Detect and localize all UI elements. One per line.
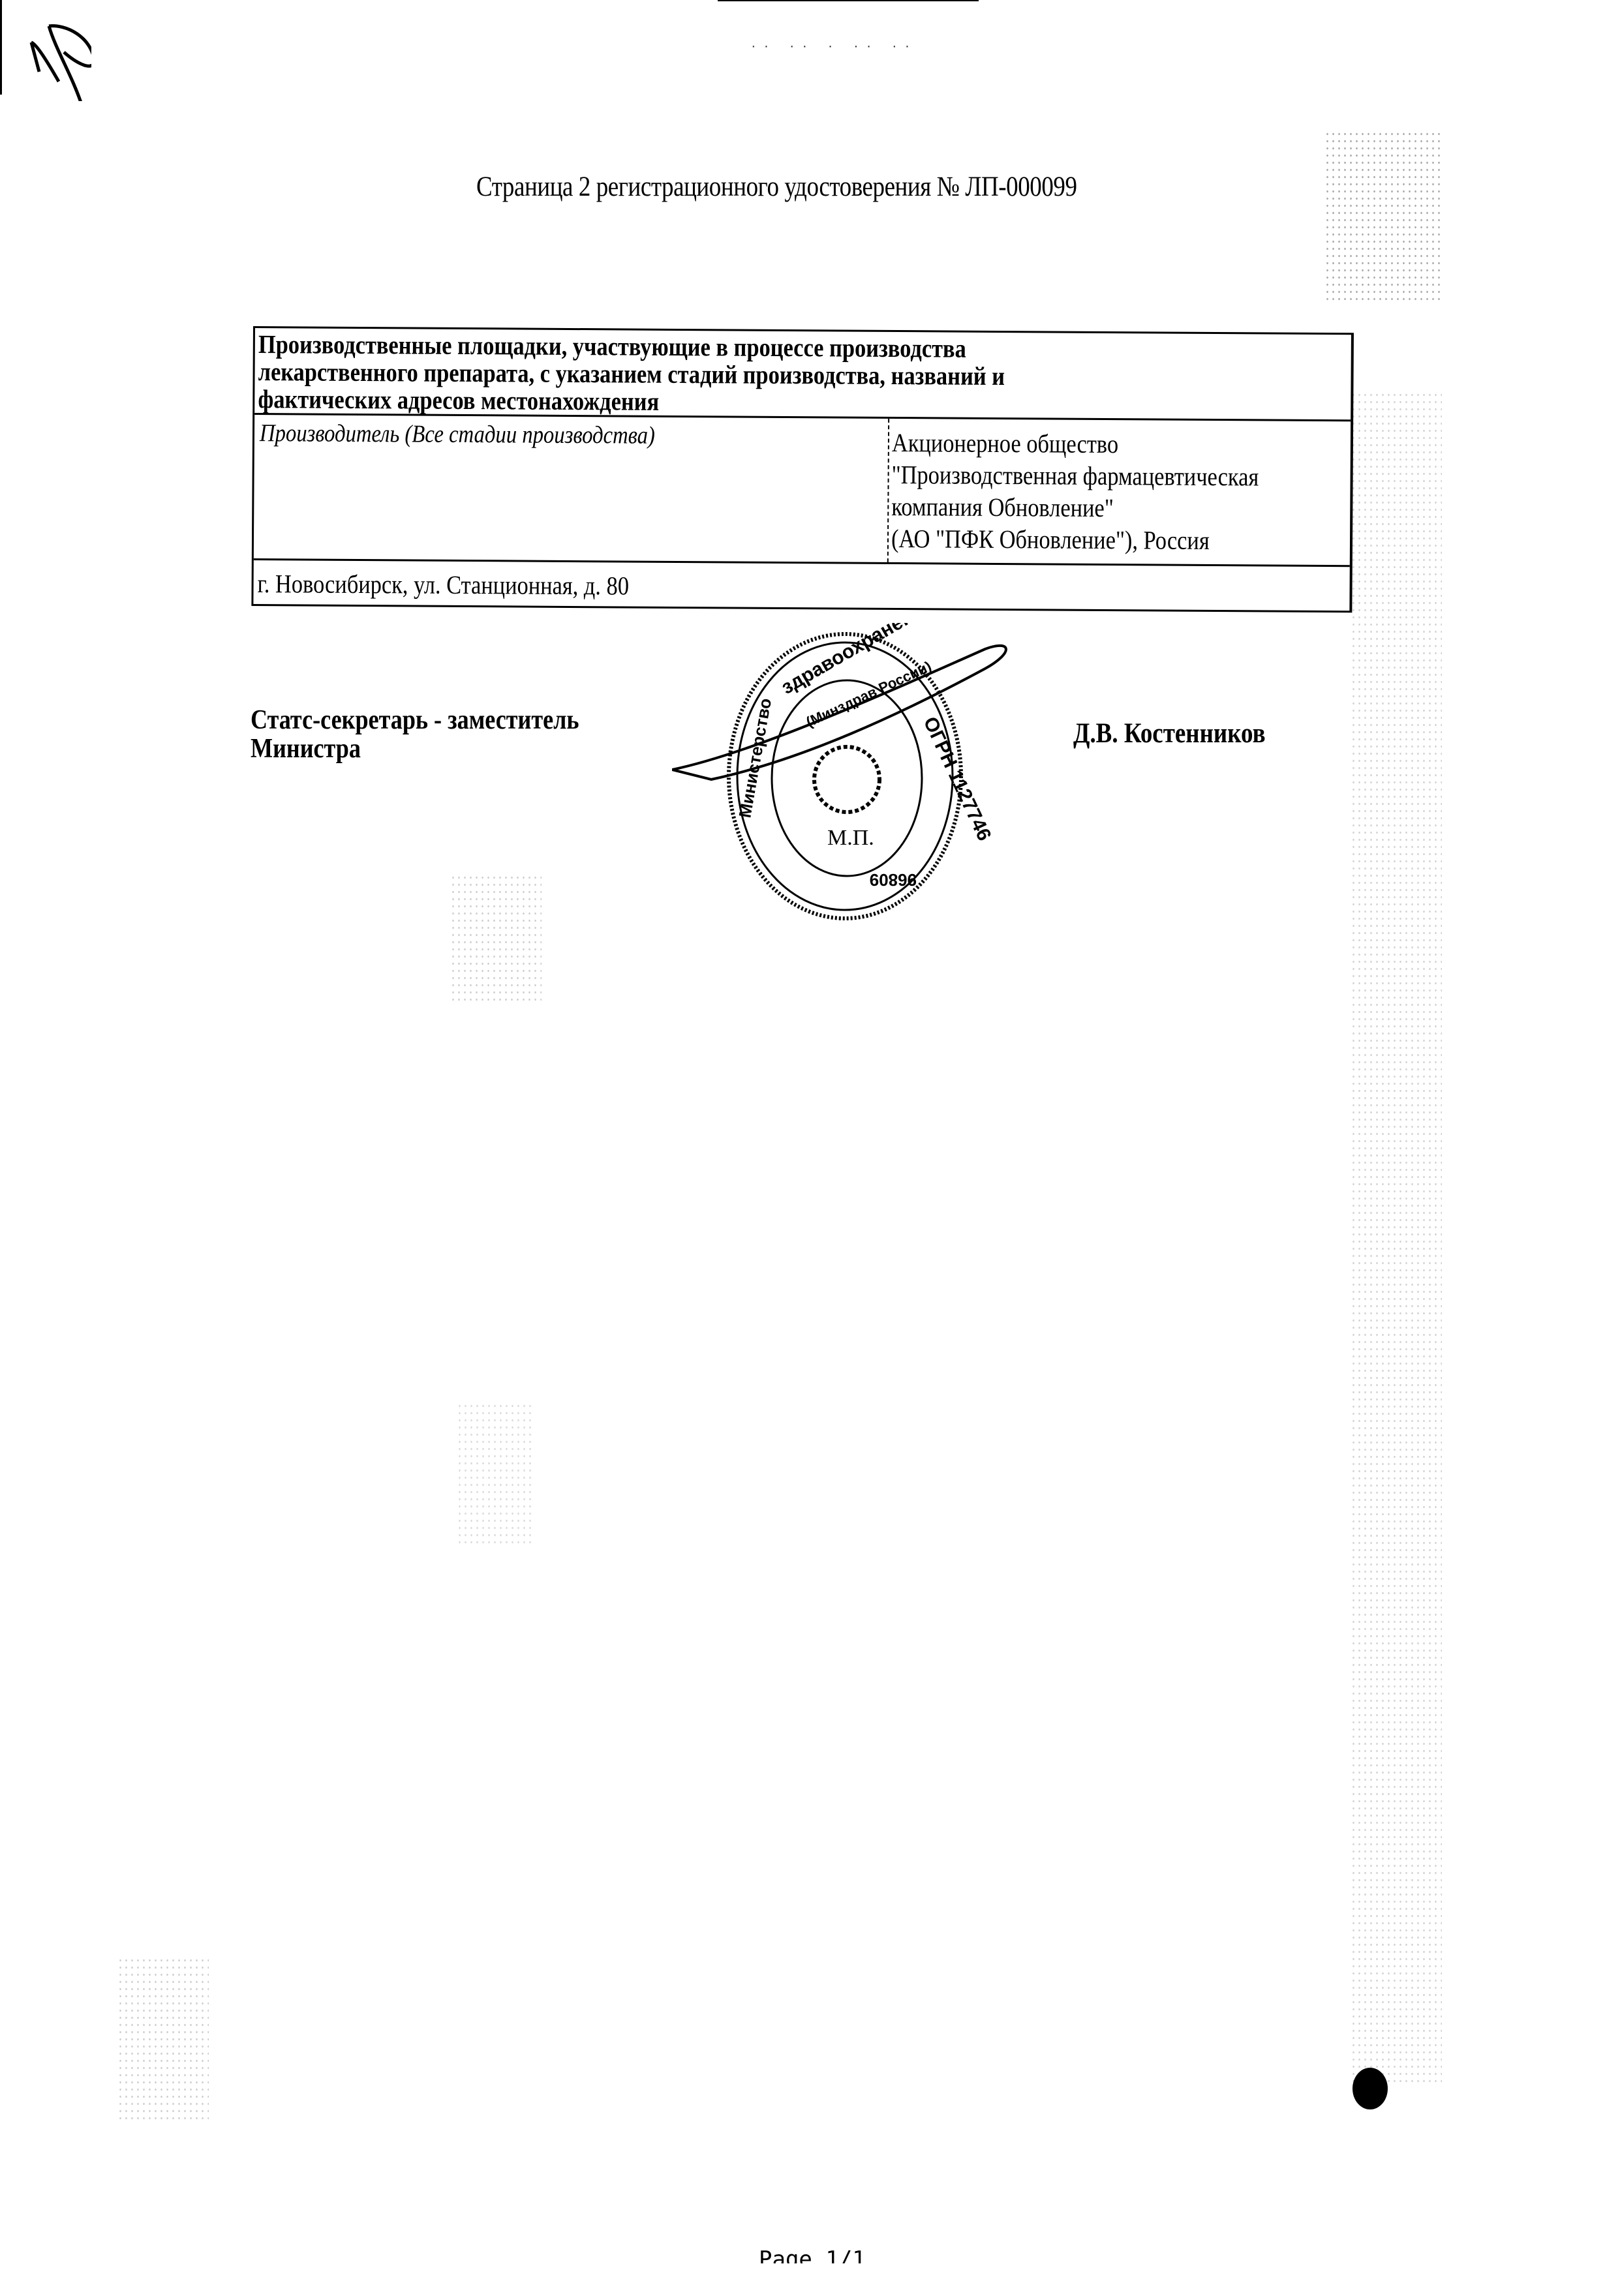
scan-noise <box>450 874 542 1004</box>
production-sites-table: Производственные площадки, участвующие в… <box>251 326 1354 612</box>
page-edge <box>0 0 2 95</box>
page-footer: Page 1/1 <box>759 2244 866 2263</box>
scan-noise <box>117 1957 209 2120</box>
official-stamp-icon: здравоохранения (Минздрав России) ОГРН 1… <box>672 623 1090 929</box>
company-line: "Производственная фармацевтическая <box>891 459 1283 493</box>
company-line: (АО "ПФК Обновление"), Россия <box>891 522 1283 557</box>
scan-noise <box>1324 130 1442 300</box>
svg-text:96809: 96809 <box>870 870 917 890</box>
binding-hole-mark <box>1353 2068 1388 2109</box>
company-line: компания Обновление" <box>891 491 1283 525</box>
manufacturer-role-cell: Производитель (Все стадии производства) <box>254 415 888 562</box>
scan-noise <box>457 1402 535 1546</box>
scan-artifact: ·· ·· · ·· ·· <box>750 40 917 53</box>
table-title-line: фактических адресов местонахождения <box>258 385 1370 419</box>
table-row: Производитель (Все стадии производства) … <box>254 415 1351 567</box>
signer-name: Д.В. Костенников <box>1073 717 1266 749</box>
signer-title-line: Статс-секретарь - заместитель <box>251 706 579 734</box>
table-title-row: Производственные площадки, участвующие в… <box>254 328 1351 421</box>
company-line: Акционерное общество <box>892 427 1284 461</box>
page-header: Страница 2 регистрационного удостоверени… <box>476 171 1077 203</box>
manufacturer-address: г. Новосибирск, ул. Станционная, д. 80 <box>257 568 629 601</box>
scan-top-edge <box>718 0 979 1</box>
signer-title-line: Министра <box>251 734 579 763</box>
svg-text:Министерство: Министерство <box>735 697 775 819</box>
svg-text:ОГРН 1127746: ОГРН 1127746 <box>919 714 996 844</box>
manufacturer-company-cell: Акционерное общество "Производственная ф… <box>887 419 1351 565</box>
manufacturer-role: Производитель (Все стадии производства) <box>260 419 655 450</box>
handwritten-page-number-icon <box>13 10 91 101</box>
signer-title: Статс-секретарь - заместитель Министра <box>251 706 579 763</box>
address-row: г. Новосибирск, ул. Станционная, д. 80 <box>253 560 1349 611</box>
scan-noise <box>1351 391 1442 2087</box>
table-title: Производственные площадки, участвующие в… <box>254 328 1374 419</box>
stamp-center-text: М.П. <box>827 826 874 850</box>
